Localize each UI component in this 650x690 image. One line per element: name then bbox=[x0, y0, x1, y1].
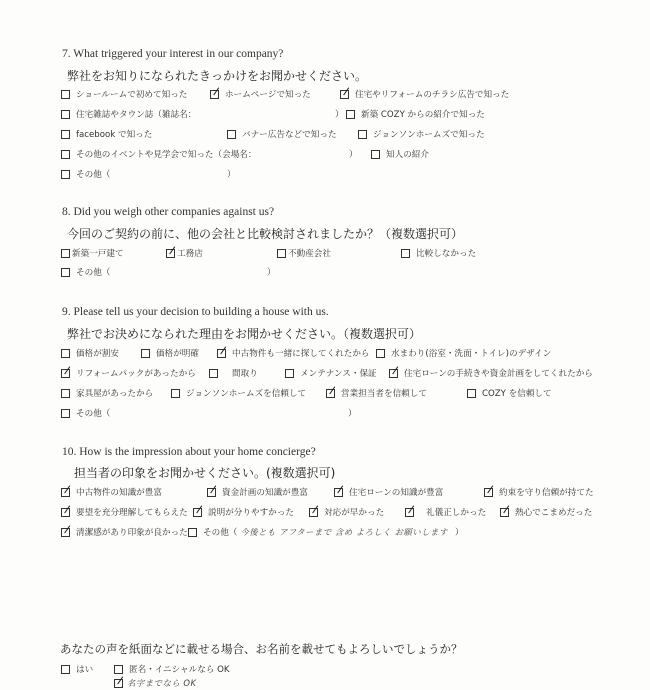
q10-option-funding-knowledge[interactable]: 資金計画の知識が豊富 bbox=[207, 486, 308, 498]
checkbox-icon[interactable] bbox=[401, 249, 410, 258]
option-label: 住宅やリフォームのチラシ広告で知った bbox=[355, 88, 509, 100]
option-label: 説明が分りやすかった bbox=[208, 506, 294, 518]
q9-option-loan-planning[interactable]: 住宅ローンの手続きや資金計画をしてくれたから bbox=[389, 367, 593, 379]
q10-question-en: 10. How is the impression about your hom… bbox=[62, 446, 316, 458]
q7-option-cozy-referral[interactable]: 新築 COZY からの紹介で知った bbox=[346, 108, 485, 120]
checkbox-icon[interactable] bbox=[114, 665, 123, 674]
checkbox-icon[interactable] bbox=[61, 409, 70, 418]
q8-question-en: 8. Did you weigh other companies against… bbox=[62, 206, 274, 218]
q7-question-jp: 弊社をお知りになられたきっかけをお聞かせください。 bbox=[67, 67, 367, 84]
option-label: その他（ bbox=[76, 407, 110, 419]
checked-checkbox-icon[interactable] bbox=[326, 389, 335, 398]
checkbox-icon[interactable] bbox=[61, 665, 70, 674]
q7-option-acquaintance[interactable]: 知人の紹介 bbox=[371, 148, 429, 160]
option-label: ジョンソンホームズで知った bbox=[373, 128, 485, 140]
q10-option-clean[interactable]: 清潔感があり印象が良かった bbox=[61, 526, 188, 538]
option-label: ホームページで知った bbox=[225, 88, 311, 100]
q10-option-loan-knowledge[interactable]: 住宅ローンの知識が豊富 bbox=[334, 486, 443, 498]
checked-checkbox-icon[interactable] bbox=[405, 508, 414, 517]
q9-question-en: 9. Please tell us your decision to build… bbox=[62, 306, 329, 318]
checkbox-icon[interactable] bbox=[61, 90, 70, 99]
close-paren: ） bbox=[348, 407, 357, 419]
q9-option-trust-johnson[interactable]: ジョンソンホームズを信頼して bbox=[171, 387, 306, 399]
q10-question-jp: 担当者の印象をお聞かせください。(複数選択可) bbox=[74, 464, 335, 481]
checkbox-icon[interactable] bbox=[285, 369, 294, 378]
q7-option-magazine[interactable]: 住宅雑誌やタウン誌（雑誌名： bbox=[61, 108, 196, 120]
q9-option-furniture[interactable]: 家具屋があったから bbox=[61, 387, 153, 399]
option-label: 住宅ローンの知識が豊富 bbox=[349, 486, 443, 498]
q8-option-new-house[interactable]: 新築一戸建て bbox=[61, 247, 124, 259]
checked-checkbox-icon[interactable] bbox=[61, 369, 70, 378]
option-label: 清潔感があり印象が良かった bbox=[76, 526, 188, 538]
option-label: 熱心でこまめだった bbox=[515, 506, 592, 518]
option-label: 約束を守り信頼が持てた bbox=[499, 486, 594, 498]
q7-option-event[interactable]: その他のイベントや見学会で知った（会場名： bbox=[61, 148, 256, 160]
q10-option-other[interactable]: その他（ 今後とも アフターまで 含め よろしく お願いします bbox=[188, 526, 448, 538]
q8-option-real-estate[interactable]: 不動産会社 bbox=[277, 247, 331, 259]
checkbox-icon[interactable] bbox=[346, 110, 355, 119]
q10-option-clear-explanation[interactable]: 説明が分りやすかった bbox=[193, 506, 294, 518]
q9-option-maintenance[interactable]: メンテナンス・保証 bbox=[285, 367, 377, 379]
q9-option-trust-cozy[interactable]: COZY を信頼して bbox=[467, 387, 552, 399]
option-label: 要望を充分理解してもらえた bbox=[76, 506, 188, 518]
q8-option-builder[interactable]: 工務店 bbox=[166, 247, 203, 259]
option-label: 不動産会社 bbox=[288, 247, 331, 259]
checkbox-icon[interactable] bbox=[141, 349, 150, 358]
q9-question-jp: 弊社でお決めになられた理由をお聞かせください。（複数選択可） bbox=[67, 325, 421, 342]
q7-option-facebook[interactable]: facebook で知った bbox=[61, 128, 152, 140]
checked-checkbox-icon[interactable] bbox=[166, 249, 175, 258]
option-label: その他（ bbox=[76, 266, 110, 278]
option-label: 工務店 bbox=[177, 247, 203, 259]
q10-option-trustworthy[interactable]: 約束を守り信頼が持てた bbox=[484, 486, 594, 498]
checkbox-icon[interactable] bbox=[171, 389, 180, 398]
checked-checkbox-icon[interactable] bbox=[389, 369, 398, 378]
checked-checkbox-icon[interactable] bbox=[334, 488, 343, 497]
option-label: 新築一戸建て bbox=[72, 247, 124, 259]
checkbox-icon[interactable] bbox=[358, 130, 367, 139]
q7-option-banner[interactable]: バナー広告などで知った bbox=[227, 128, 337, 140]
close-paren: ） bbox=[349, 148, 358, 160]
q8-option-other[interactable]: その他（ bbox=[61, 266, 110, 278]
q9-option-used-property[interactable]: 中古物件も一緒に探してくれたから bbox=[217, 347, 370, 359]
publish-option-surname-only[interactable]: 名字までなら OK bbox=[114, 677, 197, 689]
option-label: 比較しなかった bbox=[416, 247, 476, 259]
q9-option-reform-pack[interactable]: リフォームパックがあったから bbox=[61, 367, 196, 379]
option-label: ショールームで初めて知った bbox=[76, 88, 187, 100]
q7-option-johnson-homes[interactable]: ジョンソンホームズで知った bbox=[358, 128, 485, 140]
option-label: 住宅ローンの手続きや資金計画をしてくれたから bbox=[404, 367, 593, 379]
q10-option-polite[interactable]: 礼儀正しかった bbox=[405, 506, 486, 518]
option-label: バナー広告などで知った bbox=[242, 128, 337, 140]
close-paren: ） bbox=[455, 526, 464, 538]
option-label: 営業担当者を信頼して bbox=[341, 387, 427, 399]
option-label: リフォームパックがあったから bbox=[76, 367, 196, 379]
checkbox-icon[interactable] bbox=[467, 389, 476, 398]
option-label: 資金計画の知識が豊富 bbox=[222, 486, 308, 498]
checked-checkbox-icon[interactable] bbox=[340, 90, 349, 99]
option-label: 水まわり(浴室・洗面・トイレ)のデザイン bbox=[391, 347, 551, 359]
checked-checkbox-icon[interactable] bbox=[114, 679, 123, 688]
option-label: 家具屋があったから bbox=[76, 387, 153, 399]
q9-option-other[interactable]: その他（ bbox=[61, 407, 110, 419]
q9-option-water-design[interactable]: 水まわり(浴室・洗面・トイレ)のデザイン bbox=[376, 347, 551, 359]
checked-checkbox-icon[interactable] bbox=[500, 508, 509, 517]
checkbox-icon[interactable] bbox=[209, 369, 218, 378]
checked-checkbox-icon[interactable] bbox=[484, 488, 493, 497]
close-paren: ） bbox=[267, 266, 276, 278]
option-label: 中古物件も一緒に探してくれたから bbox=[232, 347, 370, 359]
q7-question-en: 7. What triggered your interest in our c… bbox=[62, 48, 283, 60]
q7-option-homepage[interactable]: ホームページで知った bbox=[210, 88, 311, 100]
checkbox-icon[interactable] bbox=[61, 268, 70, 277]
option-label: はい bbox=[76, 663, 93, 675]
option-label: 中古物件の知識が豊富 bbox=[76, 486, 162, 498]
q10-option-diligent[interactable]: 熱心でこまめだった bbox=[500, 506, 592, 518]
option-label: 間取り bbox=[232, 367, 258, 379]
checked-checkbox-icon[interactable] bbox=[61, 528, 70, 537]
checked-checkbox-icon[interactable] bbox=[207, 488, 216, 497]
close-paren: ） bbox=[227, 168, 236, 180]
q10-option-understood[interactable]: 要望を充分理解してもらえた bbox=[61, 506, 188, 518]
handwritten-option-label: 名字までなら OK bbox=[127, 677, 197, 689]
checkbox-icon[interactable] bbox=[61, 249, 70, 258]
checkbox-icon[interactable] bbox=[188, 528, 197, 537]
option-label: 価格が割安 bbox=[76, 347, 119, 359]
q9-option-cheap[interactable]: 価格が割安 bbox=[61, 347, 119, 359]
q9-option-clear-price[interactable]: 価格が明確 bbox=[141, 347, 199, 359]
option-label: その他（ bbox=[76, 168, 110, 180]
checked-checkbox-icon[interactable] bbox=[217, 349, 226, 358]
q7-option-flyer[interactable]: 住宅やリフォームのチラシ広告で知った bbox=[340, 88, 509, 100]
publish-question: あなたの声を紙面などに載せる場合、お名前を載せてもよろしいでしょうか？ bbox=[60, 641, 463, 657]
handwritten-comment[interactable]: 今後とも アフターまで 含め よろしく お願いします bbox=[240, 526, 447, 538]
checkbox-icon[interactable] bbox=[61, 110, 70, 119]
checkbox-icon[interactable] bbox=[61, 389, 70, 398]
q8-question-jp: 今回のご契約の前に、他の会社と比較検討されましたか？（複数選択可） bbox=[67, 225, 463, 242]
option-label: facebook で知った bbox=[76, 128, 152, 140]
close-paren: ） bbox=[335, 108, 344, 120]
checkbox-icon[interactable] bbox=[277, 249, 286, 258]
checkbox-icon[interactable] bbox=[61, 170, 70, 179]
q10-option-used-knowledge[interactable]: 中古物件の知識が豊富 bbox=[61, 486, 162, 498]
option-label: 住宅雑誌やタウン誌（雑誌名： bbox=[76, 108, 196, 120]
checkbox-icon[interactable] bbox=[61, 130, 70, 139]
option-label: その他（ bbox=[203, 526, 237, 538]
q7-option-other[interactable]: その他（ bbox=[61, 168, 110, 180]
checked-checkbox-icon[interactable] bbox=[61, 488, 70, 497]
checked-checkbox-icon[interactable] bbox=[309, 508, 318, 517]
q8-option-no-comparison[interactable]: 比較しなかった bbox=[401, 247, 476, 259]
checked-checkbox-icon[interactable] bbox=[61, 508, 70, 517]
option-label: 礼儀正しかった bbox=[426, 506, 486, 518]
publish-option-yes[interactable]: はい bbox=[61, 663, 93, 675]
q10-option-fast-response[interactable]: 対応が早かった bbox=[309, 506, 384, 518]
option-label: 知人の紹介 bbox=[386, 148, 429, 160]
option-label: 対応が早かった bbox=[324, 506, 384, 518]
checkbox-icon[interactable] bbox=[227, 130, 236, 139]
checkbox-icon[interactable] bbox=[371, 150, 380, 159]
checked-checkbox-icon[interactable] bbox=[210, 90, 219, 99]
option-label: メンテナンス・保証 bbox=[300, 367, 377, 379]
option-label: COZY を信頼して bbox=[482, 387, 552, 399]
checked-checkbox-icon[interactable] bbox=[193, 508, 202, 517]
option-label: その他のイベントや見学会で知った（会場名： bbox=[76, 148, 256, 160]
checkbox-icon[interactable] bbox=[61, 150, 70, 159]
option-label: ジョンソンホームズを信頼して bbox=[186, 387, 306, 399]
option-label: 匿名・イニシャルなら OK bbox=[129, 663, 230, 675]
checkbox-icon[interactable] bbox=[61, 349, 70, 358]
q9-option-trust-sales[interactable]: 営業担当者を信頼して bbox=[326, 387, 427, 399]
option-label: 新築 COZY からの紹介で知った bbox=[361, 108, 485, 120]
q7-option-showroom[interactable]: ショールームで初めて知った bbox=[61, 88, 187, 100]
checkbox-icon[interactable] bbox=[376, 349, 385, 358]
q9-option-floor-plan[interactable]: 間取り bbox=[209, 367, 258, 379]
publish-option-anonymous[interactable]: 匿名・イニシャルなら OK bbox=[114, 663, 230, 675]
option-label: 価格が明確 bbox=[156, 347, 199, 359]
